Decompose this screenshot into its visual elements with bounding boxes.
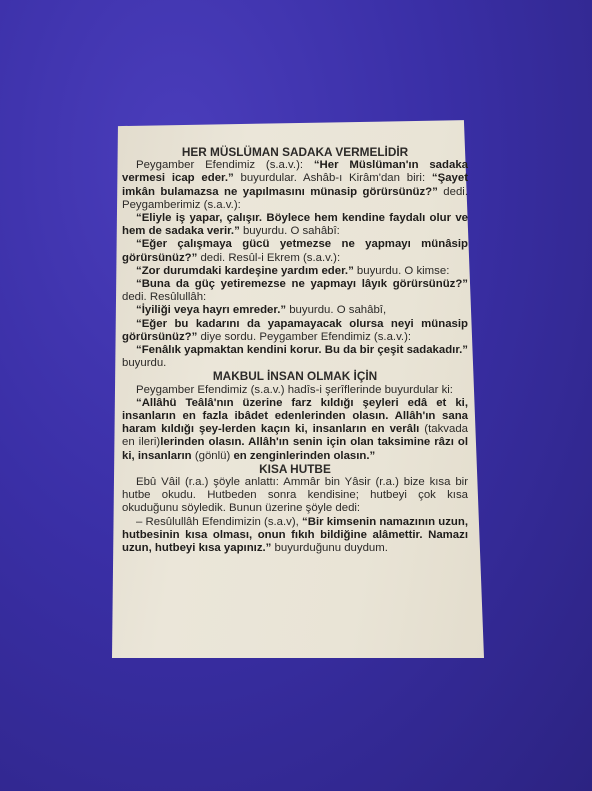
paragraph: Peygamber Efendimiz (s.a.v.) hadîs-i şer… [122, 384, 468, 397]
paragraph: “Buna da güç yetiremezse ne yapmayı lâyı… [122, 278, 468, 304]
paragraph: “Zor durumdaki kardeşine yardım eder.” b… [122, 265, 468, 278]
paragraph: – Resûlullâh Efendimizin (s.a.v), “Bir k… [122, 516, 468, 556]
paragraph: Peygamber Efendimiz (s.a.v.): “Her Müslü… [122, 159, 468, 212]
section-title: HER MÜSLÜMAN SADAKA VERMELİDİR [122, 146, 468, 159]
paragraph: “Fenâlık yapmaktan kendini korur. Bu da … [122, 344, 468, 370]
paragraph: Ebû Vâil (r.a.) şöyle anlattı: Ammâr bin… [122, 476, 468, 516]
paragraph: “Eğer çalışmaya gücü yetmezse ne yapmayı… [122, 238, 468, 264]
clipping-text: HER MÜSLÜMAN SADAKA VERMELİDİRPeygamber … [122, 146, 468, 555]
section-title: KISA HUTBE [122, 463, 468, 476]
paragraph: “Eliyle iş yapar, çalışır. Böylece hem k… [122, 212, 468, 238]
paragraph: “Eğer bu kadarını da yapamayacak olursa … [122, 318, 468, 344]
paragraph: “İyiliği veya hayrı emreder.” buyurdu. O… [122, 304, 468, 317]
section-title: MAKBUL İNSAN OLMAK İÇİN [122, 370, 468, 383]
paragraph: “Allâhü Teâlâ'nın üzerine farz kıldığı ş… [122, 397, 468, 463]
